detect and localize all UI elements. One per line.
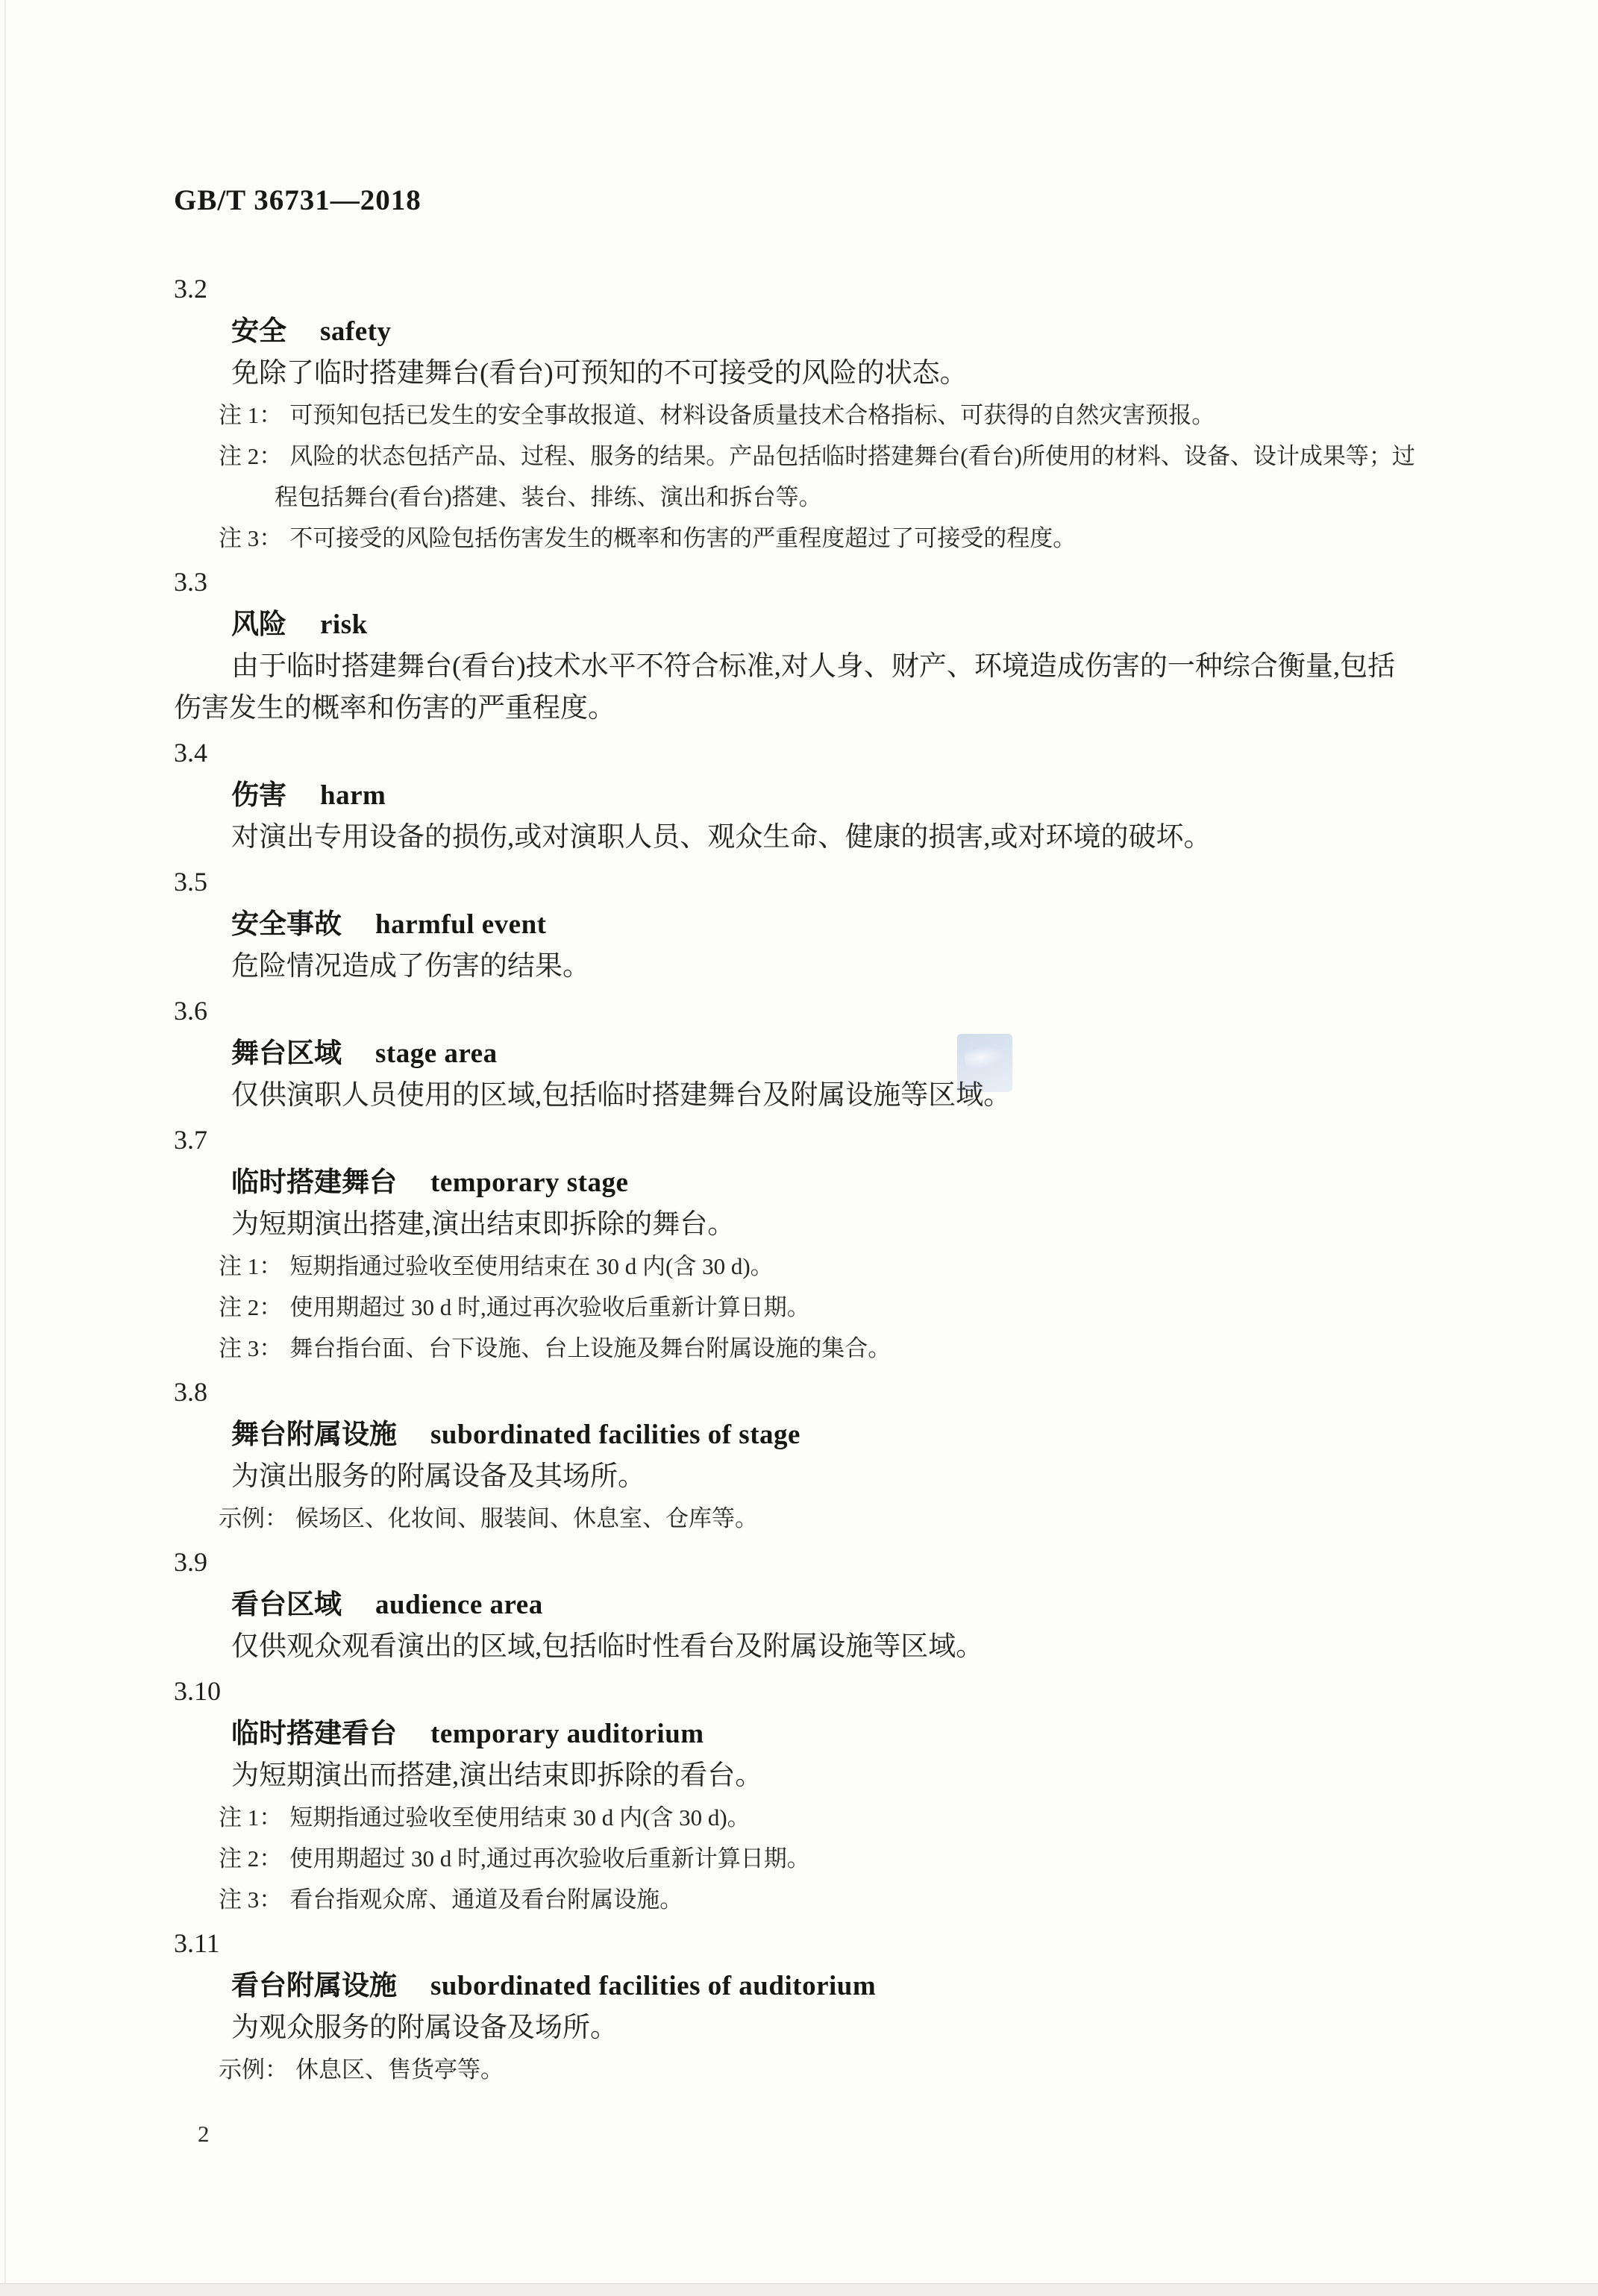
term-line: 看台区域audience area xyxy=(174,1584,1487,1626)
note-text: 使用期超过 30 d 时,通过再次验收后重新计算日期。 xyxy=(289,1845,810,1872)
definition-line: 为演出服务的附属设备及其场所。 xyxy=(174,1456,1487,1498)
note: 注 1：可预知包括已发生的安全事故报道、材料设备质量技术合格指标、可获得的自然灾… xyxy=(174,395,1487,436)
note-continuation: 程包括舞台(看台)搭建、装台、排练、演出和拆台等。 xyxy=(174,477,1487,518)
term-line: 舞台附属设施subordinated facilities of stage xyxy=(174,1414,1487,1456)
example-text: 休息区、售货亭等。 xyxy=(295,2057,504,2083)
note-label: 注 3： xyxy=(219,525,282,551)
term-en: stage area xyxy=(375,1038,498,1069)
note: 注 3：看台指观众席、通道及看台附属设施。 xyxy=(174,1879,1487,1920)
note-text: 舞台指台面、台下设施、台上设施及舞台附属设施的集合。 xyxy=(289,1335,891,1361)
note: 注 2：使用期超过 30 d 时,通过再次验收后重新计算日期。 xyxy=(174,1287,1487,1328)
term-en: harm xyxy=(320,780,386,811)
example-text: 候场区、化妆间、服装间、休息室、仓库等。 xyxy=(295,1505,758,1531)
section-number: 3.2 xyxy=(174,268,1487,310)
note-label: 注 3： xyxy=(219,1886,282,1913)
note-label: 注 2： xyxy=(219,443,282,469)
example: 示例：候场区、化妆间、服装间、休息室、仓库等。 xyxy=(174,1498,1487,1539)
note-text: 可预知包括已发生的安全事故报道、材料设备质量技术合格指标、可获得的自然灾害预报。 xyxy=(289,402,1215,428)
note-text: 使用期超过 30 d 时,通过再次验收后重新计算日期。 xyxy=(289,1294,810,1320)
note-label: 注 1： xyxy=(219,402,282,428)
definition-line: 免除了临时搭建舞台(看台)可预知的不可接受的风险的状态。 xyxy=(174,353,1487,395)
term-line: 安全safety xyxy=(174,310,1487,353)
note: 注 3：舞台指台面、台下设施、台上设施及舞台附属设施的集合。 xyxy=(174,1328,1487,1369)
note-label: 注 2： xyxy=(219,1294,282,1320)
term-cn: 安全事故 xyxy=(231,909,342,940)
standard-number-header: GB/T 36731—2018 xyxy=(174,184,422,217)
term-cn: 临时搭建舞台 xyxy=(231,1167,397,1198)
section-number: 3.10 xyxy=(174,1670,1487,1713)
definition-line: 为短期演出搭建,演出结束即拆除的舞台。 xyxy=(174,1204,1487,1246)
term-line: 临时搭建看台temporary auditorium xyxy=(174,1713,1487,1755)
section-number: 3.8 xyxy=(174,1371,1487,1414)
page-number: 2 xyxy=(174,2115,1487,2153)
section-number: 3.3 xyxy=(174,561,1487,603)
section-number: 3.11 xyxy=(174,1922,1487,1965)
definition-line: 伤害发生的概率和伤害的严重程度。 xyxy=(174,688,1487,730)
example: 示例：休息区、售货亭等。 xyxy=(174,2049,1487,2090)
note: 注 1：短期指通过验收至使用结束 30 d 内(含 30 d)。 xyxy=(174,1797,1487,1838)
section-number: 3.4 xyxy=(174,732,1487,774)
term-en: audience area xyxy=(375,1590,543,1620)
term-cn: 风险 xyxy=(231,609,286,640)
definition-line: 仅供观众观看演出的区域,包括临时性看台及附属设施等区域。 xyxy=(174,1626,1487,1668)
scan-edge-left xyxy=(4,0,6,2296)
term-en: harmful event xyxy=(375,909,547,940)
example-label: 示例： xyxy=(219,2057,288,2083)
section-number: 3.9 xyxy=(174,1541,1487,1584)
section-number: 3.6 xyxy=(174,990,1487,1032)
term-en: subordinated facilities of stage xyxy=(430,1420,800,1450)
definition-line: 为观众服务的附属设备及场所。 xyxy=(174,2007,1487,2049)
section-number: 3.7 xyxy=(174,1119,1487,1161)
note: 注 2：使用期超过 30 d 时,通过再次验收后重新计算日期。 xyxy=(174,1838,1487,1879)
term-cn: 临时搭建看台 xyxy=(231,1719,397,1749)
term-en: safety xyxy=(320,316,391,347)
term-cn: 看台附属设施 xyxy=(231,1971,397,2001)
note-label: 注 3： xyxy=(219,1335,282,1361)
section-number: 3.5 xyxy=(174,861,1487,903)
term-cn: 舞台区域 xyxy=(231,1038,342,1069)
note-text: 短期指通过验收至使用结束 30 d 内(含 30 d)。 xyxy=(289,1804,750,1831)
term-line: 看台附属设施subordinated facilities of auditor… xyxy=(174,1965,1487,2007)
note-label: 注 1： xyxy=(219,1804,282,1831)
note: 注 2：风险的状态包括产品、过程、服务的结果。产品包括临时搭建舞台(看台)所使用… xyxy=(174,436,1487,477)
term-line: 舞台区域stage area xyxy=(174,1032,1487,1075)
note: 注 3：不可接受的风险包括伤害发生的概率和伤害的严重程度超过了可接受的程度。 xyxy=(174,518,1487,559)
term-en: risk xyxy=(320,609,368,640)
term-line: 风险risk xyxy=(174,603,1487,646)
definition-line: 对演出专用设备的损伤,或对演职人员、观众生命、健康的损害,或对环境的破坏。 xyxy=(174,817,1487,859)
term-cn: 舞台附属设施 xyxy=(231,1420,397,1450)
example-label: 示例： xyxy=(219,1505,288,1531)
definition-line: 由于临时搭建舞台(看台)技术水平不符合标准,对人身、财产、环境造成伤害的一种综合… xyxy=(174,646,1487,688)
term-cn: 伤害 xyxy=(231,780,286,811)
definition-line: 为短期演出而搭建,演出结束即拆除的看台。 xyxy=(174,1755,1487,1797)
note-text: 风险的状态包括产品、过程、服务的结果。产品包括临时搭建舞台(看台)所使用的材料、… xyxy=(289,443,1415,469)
note-text: 看台指观众席、通道及看台附属设施。 xyxy=(289,1886,683,1913)
term-line: 伤害harm xyxy=(174,774,1487,817)
term-line: 安全事故harmful event xyxy=(174,903,1487,946)
terms-and-definitions-content: 3.2 安全safety 免除了临时搭建舞台(看台)可预知的不可接受的风险的状态… xyxy=(174,266,1487,2153)
term-en: temporary auditorium xyxy=(430,1719,704,1749)
term-en: temporary stage xyxy=(430,1167,628,1198)
note-text: 不可接受的风险包括伤害发生的概率和伤害的严重程度超过了可接受的程度。 xyxy=(289,525,1076,551)
term-cn: 看台区域 xyxy=(231,1590,342,1620)
definition-line: 仅供演职人员使用的区域,包括临时搭建舞台及附属设施等区域。 xyxy=(174,1075,1487,1117)
note-label: 注 2： xyxy=(219,1845,282,1872)
term-en: subordinated facilities of auditorium xyxy=(430,1971,876,2001)
term-cn: 安全 xyxy=(231,316,286,347)
document-page: GB/T 36731—2018 3.2 安全safety 免除了临时搭建舞台(看… xyxy=(0,0,1598,2296)
scan-edge-bottom xyxy=(0,2283,1598,2296)
note: 注 1：短期指通过验收至使用结束在 30 d 内(含 30 d)。 xyxy=(174,1246,1487,1287)
definition-line: 危险情况造成了伤害的结果。 xyxy=(174,946,1487,988)
note-text: 短期指通过验收至使用结束在 30 d 内(含 30 d)。 xyxy=(289,1253,773,1279)
term-line: 临时搭建舞台temporary stage xyxy=(174,1161,1487,1204)
note-label: 注 1： xyxy=(219,1253,282,1279)
